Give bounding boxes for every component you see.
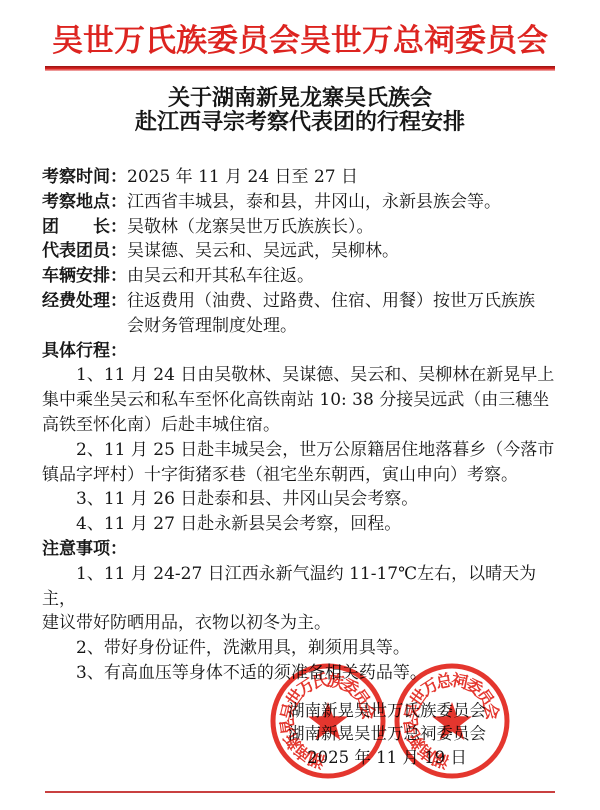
info-value: 由吴云和开其私车往返。 <box>127 264 314 289</box>
signature-date: 2025 年 11 月 19 日 <box>278 746 496 769</box>
signature-org-line-2: 湖南新晃吴世万总祠委员会 <box>278 722 496 745</box>
info-label: 代表团员： <box>42 239 127 264</box>
itinerary-item-2: 2、11 月 25 日赴丰城吴会，世万公原籍居住地落暮乡（今落市 镇品字坪村）十… <box>42 438 558 488</box>
org-title: 吴世万氏族委员会吴世万总祠委员会 <box>28 24 572 58</box>
signature-org-line-1: 湖南新晃吴世万氏族委员会 <box>278 699 496 722</box>
signature-block: 湖南新晃吴世万氏族委员会 湖南新晃吴世万总祠委员会 2025 年 11 月 19… <box>278 699 496 769</box>
note-item-1: 1、11 月 24-27 日江西永新气温约 11-17℃左右，以晴天为主， 建议… <box>42 562 558 636</box>
info-row-expenses: 经费处理： 往返费用（油费、过路费、住宿、用餐）按世万氏族族 会财务管理制度处理… <box>42 289 558 339</box>
info-value: 2025 年 11 月 24 日至 27 日 <box>127 165 358 190</box>
info-label: 考察时间： <box>42 165 127 190</box>
doc-title-line-2: 赴江西寻宗考察代表团的行程安排 <box>0 110 600 134</box>
info-value: 江西省丰城县，泰和县，井冈山，永新县族会等。 <box>127 190 501 215</box>
header-rule <box>45 66 555 71</box>
info-row-members: 代表团员： 吴谋德、吴云和、吴远武，吴柳林。 <box>42 239 558 264</box>
note-item-2: 2、带好身份证件，洗漱用具，剃须用具等。 <box>42 636 558 661</box>
info-row-leader: 团 长： 吴敬林（龙寨吴世万氏族族长）。 <box>42 215 558 240</box>
itinerary-item-4: 4、11 月 27 日赴永新县吴会考察，回程。 <box>42 512 558 537</box>
doc-title-line-1: 关于湖南新晃龙寨吴氏族会 <box>0 86 600 110</box>
doc-title: 关于湖南新晃龙寨吴氏族会 赴江西寻宗考察代表团的行程安排 <box>0 86 600 134</box>
info-row-vehicle: 车辆安排： 由吴云和开其私车往返。 <box>42 264 558 289</box>
info-label: 考察地点： <box>42 190 127 215</box>
info-label: 经费处理： <box>42 289 127 339</box>
document-body: 考察时间： 2025 年 11 月 24 日至 27 日 考察地点： 江西省丰城… <box>42 165 558 686</box>
info-value: 吴谋德、吴云和、吴远武，吴柳林。 <box>127 239 399 264</box>
notes-heading: 注意事项： <box>42 537 558 562</box>
info-row-location: 考察地点： 江西省丰城县，泰和县，井冈山，永新县族会等。 <box>42 190 558 215</box>
itinerary-item-3: 3、11 月 26 日赴泰和县、井冈山吴会考察。 <box>42 487 558 512</box>
note-item-3: 3、有高血压等身体不适的须准备相关药品等。 <box>42 661 558 686</box>
info-label: 团 长： <box>42 215 127 240</box>
itinerary-heading: 具体行程： <box>42 339 558 364</box>
info-label: 车辆安排： <box>42 264 127 289</box>
itinerary-item-1: 1、11 月 24 日由吴敬林、吴谋德、吴云和、吴柳林在新晃早上 集中乘坐吴云和… <box>42 363 558 437</box>
info-value: 往返费用（油费、过路费、住宿、用餐）按世万氏族族 会财务管理制度处理。 <box>127 289 535 339</box>
document-page: 吴世万氏族委员会吴世万总祠委员会 关于湖南新晃龙寨吴氏族会 赴江西寻宗考察代表团… <box>0 0 600 810</box>
info-row-time: 考察时间： 2025 年 11 月 24 日至 27 日 <box>42 165 558 190</box>
footer-rule <box>45 791 555 793</box>
info-value: 吴敬林（龙寨吴世万氏族族长）。 <box>127 215 374 240</box>
